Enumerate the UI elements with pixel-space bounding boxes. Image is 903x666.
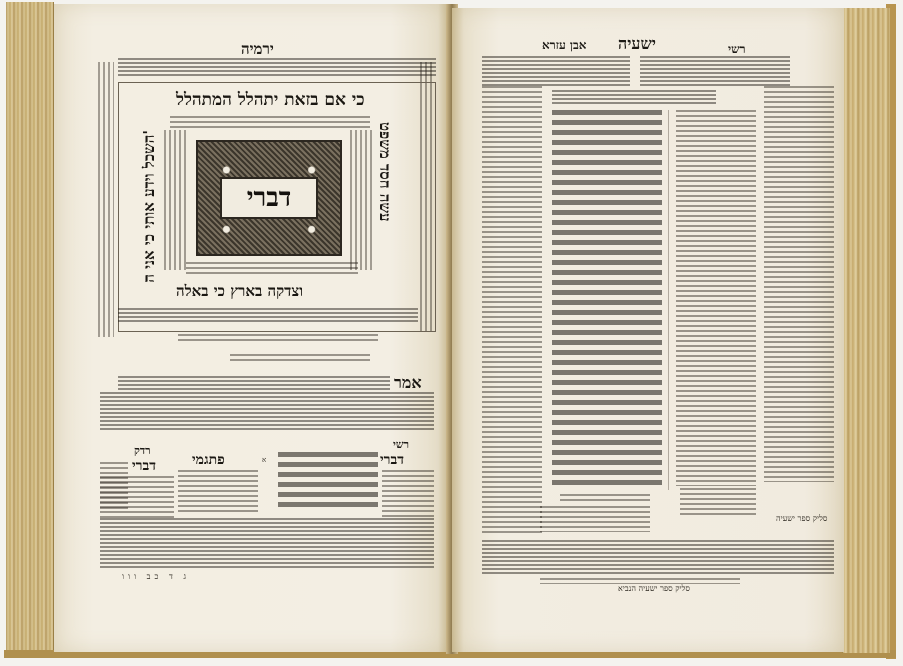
- bottom-commentary-right: [482, 540, 834, 576]
- opening-verse-right-side: עשה חסד משפט: [376, 122, 394, 222]
- introduction-text-part-2: [100, 392, 434, 430]
- frame-commentary-left: [164, 130, 188, 270]
- right-running-head: ישעיה: [618, 34, 656, 54]
- frame-commentary-right: [350, 130, 372, 270]
- targum-column: [676, 110, 756, 486]
- ibn-ezra-top-commentary: [482, 56, 630, 86]
- radak-section-head: רדק: [134, 444, 151, 457]
- open-book: ירמיה כי אם בזאת יתהלל המתהלל השכל וידע …: [0, 0, 903, 666]
- right-fore-edge: [842, 8, 890, 653]
- isaiah-verse-text: [552, 110, 662, 486]
- woodcut-title-word: דברי: [220, 177, 318, 219]
- masorah-notes-row-2: [230, 354, 370, 364]
- rashi-initial-word: דברי: [380, 452, 404, 469]
- frame-footer-commentary: [118, 308, 418, 324]
- left-page-block-edge: [6, 2, 54, 656]
- introduction-initial-word: אמר: [394, 373, 422, 393]
- opening-verse-bottom: וצדקה בארץ כי באלה: [176, 282, 303, 301]
- rashi-running-head: רשי: [728, 42, 746, 57]
- radak-commentary-text: [100, 476, 174, 520]
- frame-commentary-top: [170, 116, 370, 128]
- jeremiah-verse-text: [278, 452, 378, 512]
- opening-verse-top: כי אם בזאת יתהלל המתהלל: [176, 90, 365, 110]
- left-running-head: ירמיה: [241, 40, 274, 59]
- targum-text: [178, 470, 258, 512]
- top-commentary-text: [118, 58, 436, 78]
- ibn-ezra-commentary-column: [482, 86, 542, 536]
- introduction-text-part-1: [118, 376, 390, 390]
- radak-initial-word: דברי: [132, 458, 156, 475]
- masorah-notes-right: [540, 506, 650, 532]
- rashi-top-commentary: [640, 56, 790, 86]
- outer-vertical-commentary: [98, 62, 114, 337]
- targum-initial-word: פתגמי: [192, 452, 225, 469]
- targum-closing-lines: [680, 488, 756, 516]
- upper-note-lines: [552, 90, 716, 104]
- book-end-colophon: סליק ספר ישעיה הנביא: [618, 584, 690, 593]
- rashi-colophon: סליק ספר ישעיה: [776, 514, 827, 523]
- printer-signature-mark: ג ד כב ווו: [122, 572, 190, 581]
- rashi-commentary-column: [764, 86, 834, 482]
- column-rule: [668, 110, 669, 490]
- rashi-commentary-text: [382, 470, 434, 518]
- ibn-ezra-running-head: אבן עזרא: [542, 38, 586, 53]
- opening-verse-left-side: השכל וידע אותי כי אני ה': [140, 130, 158, 283]
- masorah-notes-row-1: [178, 334, 378, 344]
- rashi-section-head: רשי: [393, 438, 409, 451]
- frame-commentary-bottom: [186, 262, 358, 276]
- woodcut-ornament: דברי: [196, 140, 342, 256]
- verse-closing-line: [560, 494, 650, 504]
- bottom-commentary-text: [100, 518, 434, 570]
- verse-marker: א: [262, 456, 266, 464]
